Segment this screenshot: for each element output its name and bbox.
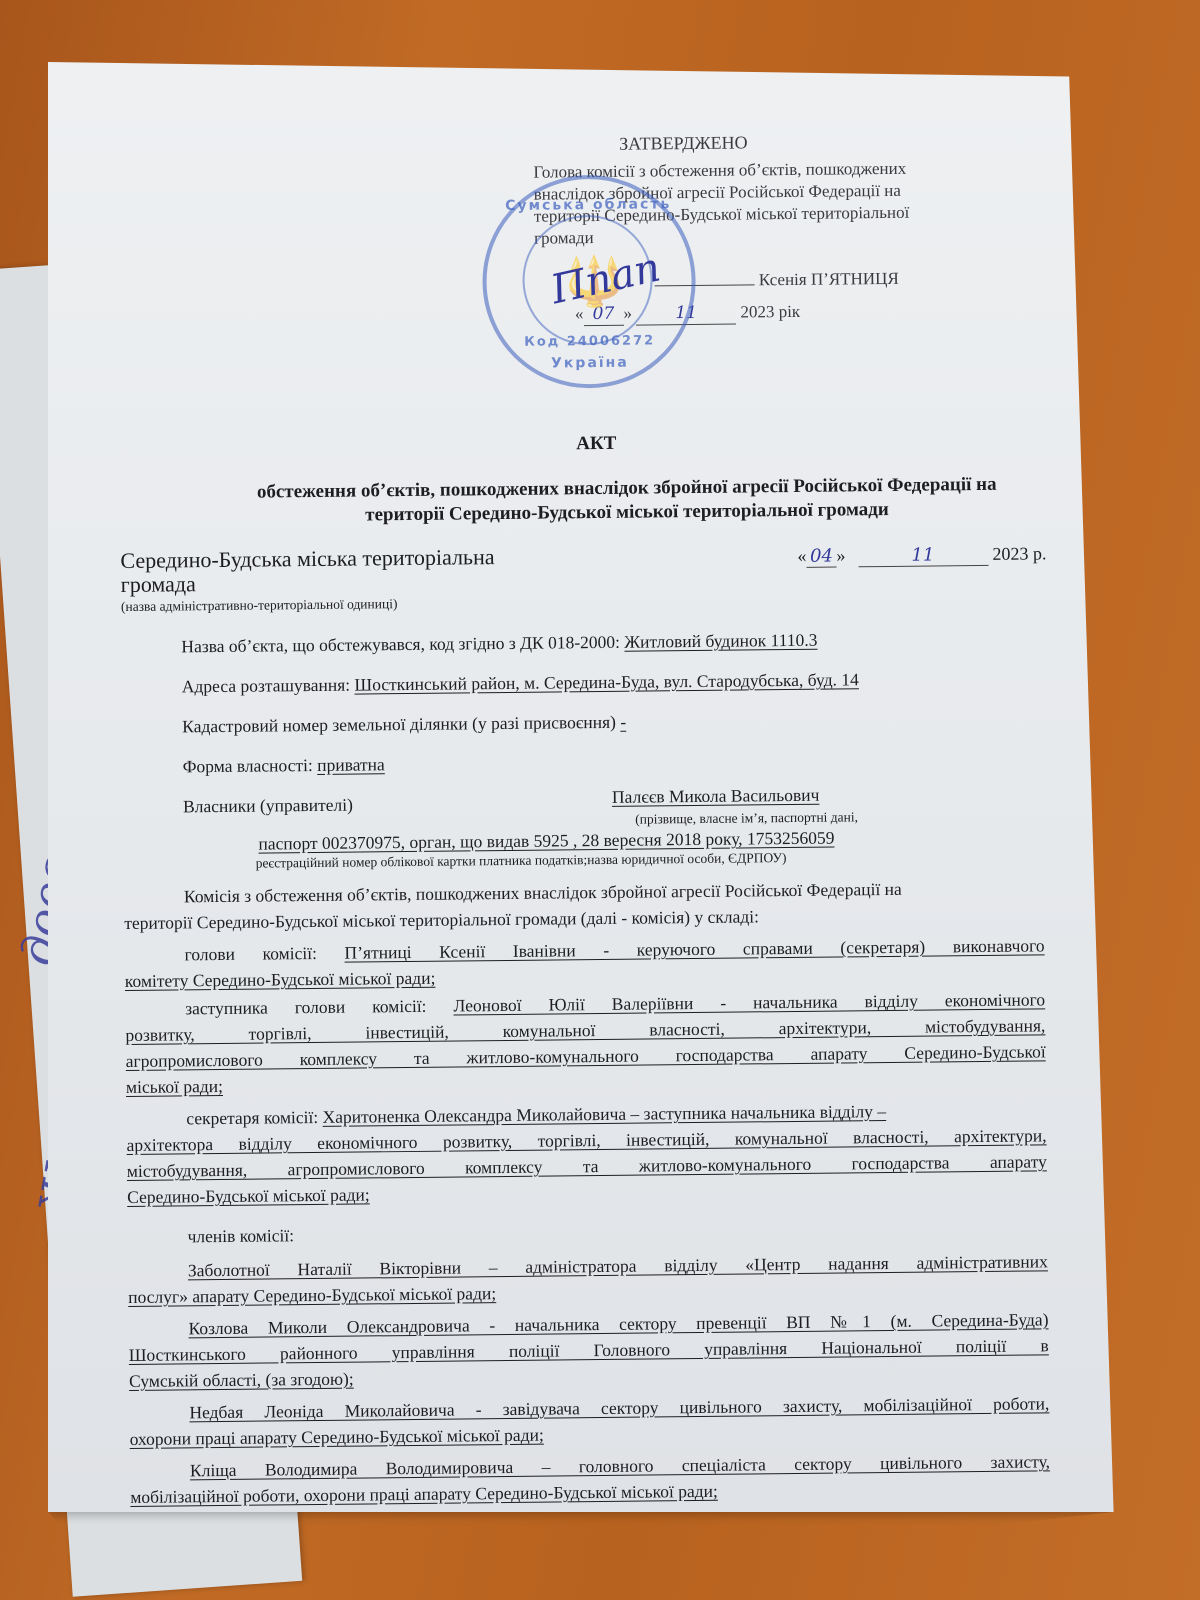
act-date-year: 2023 р.	[992, 543, 1046, 564]
member-line: Козлова Миколи Олександровича - начальни…	[188, 1309, 1048, 1339]
act-subtitle: обстеження об’єктів, пошкоджених внаслід…	[0, 471, 1197, 532]
object-field: Назва об’єкта, що обстежувався, код згід…	[181, 630, 817, 658]
approval-heading: ЗАТВЕРДЖЕНО	[533, 129, 1003, 156]
approval-date-year: 2023 рік	[740, 302, 800, 322]
cadastral-value: -	[620, 712, 626, 732]
secretary-text: Харитоненка Олександра Миколайовича – за…	[322, 1101, 886, 1127]
act-date-day: 04	[806, 546, 836, 568]
commission-secretary: секретаря комісії: Харитоненка Олександр…	[186, 1101, 886, 1129]
place-note: (назва адміністративно-територіальної од…	[121, 596, 398, 615]
deputy-label: заступника голови комісії:	[185, 996, 427, 1019]
quote-close: »	[836, 545, 845, 565]
quote-open: «	[797, 546, 806, 566]
commission-intro: території Середино-Будської міської тери…	[124, 906, 759, 934]
members-label: членів комісії:	[187, 1225, 294, 1247]
member-line: охорони праці апарату Середино-Будської …	[130, 1425, 544, 1450]
commission-deputy: заступника голови комісії: Леонової Юлії…	[185, 989, 1045, 1019]
owner-name: Палєєв Микола Васильович	[612, 785, 820, 808]
secretary-text-cont: Середино-Будської міської ради;	[127, 1184, 370, 1208]
place-name: Середино-Будська міська територіальна гр…	[120, 544, 570, 597]
stamp-code-text: Код 24006272	[487, 333, 692, 350]
owner-note: (прізвище, власне ім’я, паспортні дані,	[635, 809, 858, 827]
stamp-top-text: Сумська область	[486, 196, 691, 214]
cadastral-field: Кадастровий номер земельної ділянки (у р…	[182, 712, 626, 738]
address-value: Шосткинський район, м. Середина-Буда, ву…	[354, 669, 859, 694]
address-field: Адреса розташування: Шосткинський район,…	[182, 669, 859, 697]
commission-head: голови комісії: П’ятниці Ксенії Іванівни…	[184, 935, 1044, 965]
stamp-bottom-text: Україна	[487, 354, 692, 372]
place-line: громада	[121, 568, 571, 597]
secretary-label: секретаря комісії:	[186, 1107, 318, 1128]
deputy-text-cont: міської ради;	[126, 1076, 223, 1098]
act-date-month: 11	[858, 544, 988, 567]
signatory-name: Ксенія П’ЯТНИЦЯ	[759, 269, 899, 289]
object-value: Житловий будинок 1110.3	[624, 630, 817, 652]
commission-intro: Комісія з обстеження об’єктів, пошкоджен…	[184, 879, 902, 908]
cadastral-label: Кадастровий номер земельної ділянки (у р…	[182, 712, 616, 737]
secretary-text-cont: містобудування, агропромислового комплек…	[127, 1151, 1047, 1182]
address-label: Адреса розташування:	[182, 675, 351, 697]
object-label: Назва об’єкта, що обстежувався, код згід…	[181, 632, 620, 657]
act-title: АКТ	[0, 427, 1196, 462]
member-line: Заболотної Наталії Вікторівни – адмініст…	[188, 1251, 1048, 1281]
act-date: «04» 11 2023 р.	[797, 543, 1046, 568]
owners-label: Власники (управителі)	[183, 795, 353, 818]
deputy-text-cont: агропромислового комплексу та житлово-ко…	[126, 1041, 1046, 1072]
member-line: послуг» апарату Середино-Будської місько…	[128, 1283, 496, 1308]
member-line: Кліща Володимира Володимировича – головн…	[190, 1451, 1050, 1481]
member-line: мобілізаційної роботи, охорони праці апа…	[130, 1481, 718, 1508]
ownership-value: приватна	[317, 754, 385, 775]
head-text: П’ятниці Ксенії Іванівни - керуючого спр…	[344, 935, 1044, 962]
ownership-label: Форма власності:	[183, 755, 313, 776]
member-line: Сумській області, (за згодою);	[129, 1369, 354, 1392]
deputy-text-cont: розвитку, торгівлі, інвестицій, комуналь…	[125, 1015, 1045, 1046]
document-content: ЗАТВЕРДЖЕНО Голова комісії з обстеження …	[0, 0, 1200, 1600]
ownership-field: Форма власності: приватна	[183, 754, 385, 777]
deputy-text: Леонової Юлії Валеріївни - начальника ві…	[453, 989, 1045, 1015]
head-label: голови комісії:	[184, 943, 316, 964]
member-line: Шосткинського районного управління поліц…	[129, 1335, 1049, 1366]
head-text-cont: комітету Середино-Будської міської ради;	[125, 968, 436, 992]
secretary-text-cont: архітектора відділу економічного розвитк…	[126, 1125, 1046, 1156]
member-line: Недбая Леоніда Миколайовича - завідувача…	[189, 1393, 1049, 1423]
